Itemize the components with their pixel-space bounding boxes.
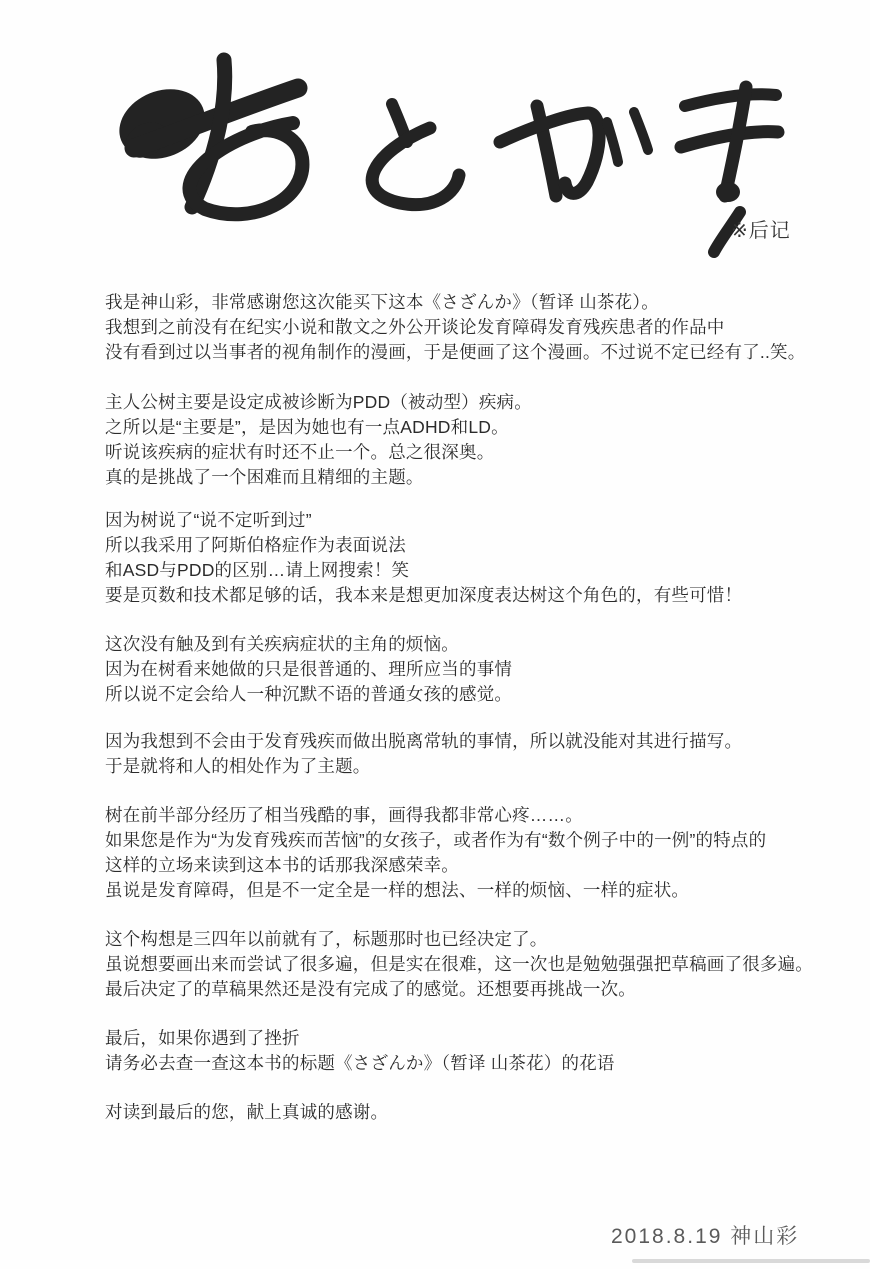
afterword-page: ※后记 我是神山彩，非常感谢您这次能买下这本《さざんか》（暂译 山茶花）。 我想… bbox=[0, 0, 870, 1269]
date-author-signature: 2018.8.19 神山彩 bbox=[611, 1220, 799, 1250]
afterword-paragraph-8: 最后，如果你遇到了挫折 请务必去查一查这本书的标题《さざんか》（暂译 山茶花）的… bbox=[105, 1026, 865, 1076]
afterword-paragraph-5: 因为我想到不会由于发育残疾而做出脱离常轨的事情，所以就没能对其进行描写。 于是就… bbox=[105, 729, 865, 779]
afterword-paragraph-9: 对读到最后的您，献上真诚的感谢。 bbox=[105, 1100, 865, 1125]
title-translation-note: ※后记 bbox=[731, 214, 791, 243]
afterword-paragraph-6: 树在前半部分经历了相当残酷的事，画得我都非常心疼……。 如果您是作为“为发育残疾… bbox=[105, 803, 865, 903]
afterword-paragraph-7: 这个构想是三四年以前就有了，标题那时也已经决定了。 虽说想要画出来而尝试了很多遍… bbox=[105, 927, 865, 1002]
afterword-paragraph-4: 这次没有触及到有关疾病症状的主角的烦恼。 因为在树看来她做的只是很普通的、理所应… bbox=[105, 632, 865, 707]
afterword-paragraph-3: 因为树说了“说不定听到过” 所以我采用了阿斯伯格症作为表面说法 和ASD与PDD… bbox=[105, 508, 865, 608]
afterword-paragraph-2: 主人公树主要是设定成被诊断为PDD（被动型）疾病。 之所以是“主要是”，是因为她… bbox=[105, 390, 865, 490]
scan-artifact-line bbox=[632, 1259, 870, 1263]
afterword-calligraphy-title-icon bbox=[0, 0, 870, 310]
afterword-paragraph-1: 我是神山彩，非常感谢您这次能买下这本《さざんか》（暂译 山茶花）。 我想到之前没… bbox=[105, 290, 865, 365]
